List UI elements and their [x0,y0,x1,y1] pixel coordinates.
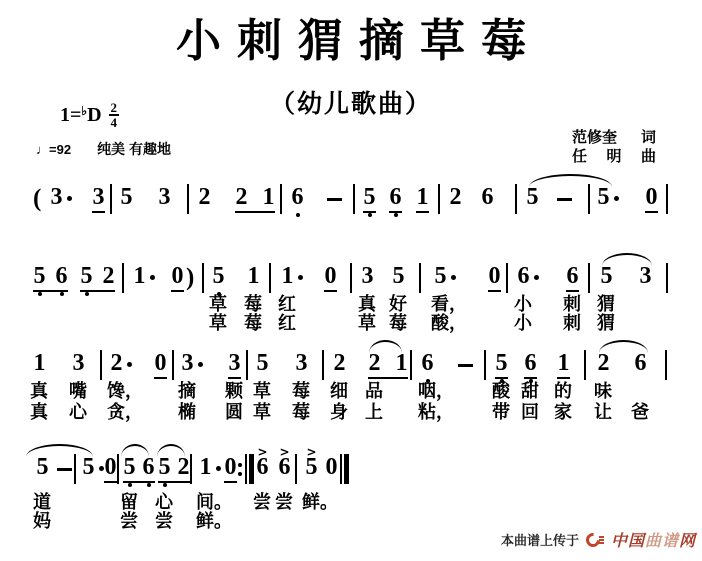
lyric-verse-2: 草 [253,403,271,421]
lyric-verse-2: 莓 [389,314,407,332]
lyric-verse-1: 真 [358,295,376,313]
rest-note: 0 [154,352,167,379]
note-digit: 2 [333,352,346,374]
rest-note: 0 [488,265,501,292]
augmentation-dot [198,362,203,367]
lyric-verse-2: 椭 [178,403,196,421]
lyric-verse-2: 家 [554,403,572,421]
barline [202,263,204,293]
barline [666,263,668,293]
barline [110,184,112,214]
barline [295,454,297,484]
note: 6 [389,186,402,213]
note: 2 [449,186,462,209]
note: 5 [526,186,539,209]
site-logo-icon [586,532,604,548]
time-signature: 2 4 [109,101,120,129]
note: 6爸 [634,352,647,375]
augmentation-dot [127,362,132,367]
note-digit: 3 [158,186,171,208]
lyric-verse-2: 身 [330,403,348,421]
note-digit: 2 [597,352,610,374]
note-digit-accent: 6 [278,456,291,478]
note-digit: 5 [120,186,133,208]
barline [588,263,590,293]
note-digit: 2 [198,186,211,208]
note-digit: 5 [600,265,613,287]
note-digit: 0 [325,456,338,478]
lyric-verse-2: 带 [492,403,510,421]
note-digit: 5 [80,265,93,287]
note-digit: 6 [481,186,494,208]
note: 3 [92,186,105,213]
key-signature: 1=♭D 2 4 [60,101,119,129]
note-digit: 0 [171,265,184,287]
note-digit: 1 [262,186,275,208]
upload-note: 本曲谱上传于 [501,530,579,549]
lyric-verse-1: 莓 [244,295,262,313]
note: 52心尝 [158,456,190,483]
note-digit: 3 [295,352,308,374]
augmentation-dot [298,275,303,280]
note-digit: 1 [133,265,146,287]
note-digit: 5 [212,265,225,287]
augmentation-dot [67,196,72,201]
sheet-music-page: 小刺猬摘草莓 （幼儿歌曲） 1=♭D 2 4 ♩=92 纯美 有趣地 范修奎 词… [0,0,702,561]
note-digit-accent: 6 [256,456,269,478]
note-digit: 5 [392,265,405,287]
barline [588,184,590,214]
note: 1的家 [557,352,570,379]
note: 3真草 [361,265,374,288]
note: 5草草 [256,352,269,375]
note-digit: 6 [291,186,304,208]
expression-text: 纯美 有趣地 [97,139,171,159]
lyric-verse-1: 酸 [492,382,510,400]
note: 3嘴心 [72,352,85,375]
note-digit-accent: 5 [305,456,318,478]
note: 5 [120,186,133,209]
note: 6尝 [256,456,269,479]
lyric-verse-1: 馋， [107,382,143,400]
note-digit: 3 [181,352,194,374]
barline [515,184,517,214]
note: 6咽，粘， [421,352,434,375]
lyric-verse-2: 真 [30,403,48,421]
note: 2细身 [333,352,346,375]
lyric-verse-2: 心 [69,403,87,421]
note-digit: 3 [92,186,105,208]
lyric-verse-1: 道 [33,493,51,511]
parenthesis: ) [186,265,194,291]
tempo-line: ♩=92 纯美 有趣地 [36,139,171,159]
lyric-verse-2: 贪， [107,403,143,421]
lyric-verse-1: 刺 [563,295,581,313]
lyric-verse-1: 嘴 [69,382,87,400]
lyric-verse-1: 莓 [292,382,310,400]
dash-extension [57,456,72,471]
key-tonality: 1=♭D [60,104,102,127]
barline [666,184,668,214]
lyric-verse-2: 莓 [292,403,310,421]
lyric-verse-2: 圆 [225,403,243,421]
rest-note: 0 [171,265,184,292]
barline [117,454,119,484]
note-digit: 2 [102,265,115,287]
note: 6 [481,186,494,209]
dash-extension [557,186,572,201]
lyric-verse-1: 留 [120,493,138,511]
barline [246,350,248,380]
note-digit: 0 [488,265,501,287]
lyric-verse-2: 草 [358,314,376,332]
note: 21品上 [368,352,408,379]
repeat-end-barline [238,454,254,484]
dash-extension [458,352,473,367]
note: 2味让 [597,352,610,375]
note-digit: 6 [634,352,647,374]
lyric-verse-1: 尝 [275,493,293,511]
note: 1间。鲜。 [199,456,221,479]
note-digit: 6 [524,352,537,374]
parenthesis: ( [33,186,41,212]
note: 3摘椭 [181,352,203,375]
barline [350,263,352,293]
augmentation-dot [534,275,539,280]
note: 5 [597,186,619,209]
barline [438,184,440,214]
note: 3莓莓 [295,352,308,375]
note: 56留尝 [123,456,155,483]
lyric-verse-1: 咽， [418,382,454,400]
rest-note: 0 [104,456,117,483]
note-digit: 5 [526,186,539,208]
lyric-verse-1: 草 [209,295,227,313]
note: 1红红 [281,265,303,288]
note-digit: 1 [416,186,429,208]
barline [419,263,421,293]
note-digit: 1 [33,352,46,374]
lyric-verse-2: 上 [365,403,383,421]
note-digit: 3 [50,186,63,208]
note-digit: 3 [228,352,241,374]
augmentation-dot [150,275,155,280]
barline [506,263,508,293]
note-digit: 5 [33,265,46,287]
lyric-verse-1: 甜 [521,382,539,400]
note: 1真真 [33,352,46,375]
note-digit: 5 [434,265,447,287]
lyric-verse-2: 酸， [431,314,467,332]
note-digit: 5 [82,456,95,478]
note: 3 [158,186,171,209]
barline [410,350,412,380]
lyric-verse-1: 细 [330,382,348,400]
note: 1莓莓 [247,265,260,288]
lyric-verse-2: 莓 [244,314,262,332]
note-digit: 0 [104,456,117,478]
note-digit: 6 [389,186,402,208]
lyric-verse-1: 品 [365,382,383,400]
note: 3 [639,265,652,288]
lyric-verse-2: 粘， [418,403,454,421]
note: 5好莓 [392,265,405,288]
note: 1 [133,265,155,288]
lyric-verse-1: 间。 [196,493,232,511]
barline [100,350,102,380]
rest-note: 0 [325,456,338,479]
note: 52 [80,265,115,292]
note-digit: 6 [517,265,530,287]
dash-extension [327,186,342,201]
note-digit: 1 [281,265,294,287]
note: 5鲜。 [305,456,318,479]
rest-note: 0 [324,265,337,292]
note: 5 [82,456,104,479]
note-digit: 5 [158,456,171,478]
note-digit: 0 [324,265,337,287]
barline [74,454,76,484]
note-digit: 3 [72,352,85,374]
note: 5道妈 [36,456,49,479]
lyric-verse-2: 让 [594,403,612,421]
lyric-verse-1: 小 [514,295,532,313]
note: 5草草 [212,265,225,288]
note: 6甜回 [524,352,537,379]
final-barline [340,454,349,484]
note-digit: 5 [495,352,508,374]
lyricist-credit: 范修奎 词 [572,126,656,145]
lyric-verse-1: 猬 [597,295,615,313]
note-digit: 2 [235,186,248,208]
lyric-verse-1: 摘 [178,382,196,400]
note: 2馋，贪， [110,352,132,375]
note-digit: 2 [110,352,123,374]
lyric-verse-1: 好 [389,295,407,313]
credits: 范修奎 词 任 明 曲 [572,126,656,164]
note-digit: 1 [199,456,212,478]
lyric-verse-1: 鲜。 [302,493,338,511]
note-digit: 5 [363,186,376,208]
note-digit: 0 [645,186,658,208]
composer-credit: 任 明 曲 [572,145,656,164]
lyric-verse-1: 味 [594,382,612,400]
note: 6小小 [517,265,539,288]
lyric-verse-1: 尝 [253,493,271,511]
note-digit: 5 [36,456,49,478]
note-digit: 1 [557,352,570,374]
lyric-verse-2: 小 [514,314,532,332]
song-title: 小刺猬摘草莓 [0,4,702,69]
note: 3 [50,186,72,209]
lyric-verse-1: 红 [278,295,296,313]
note-digit: 0 [154,352,167,374]
note-digit: 2 [449,186,462,208]
note: 2 [198,186,211,209]
note: 5猬猬 [600,265,613,288]
lyric-verse-2: 红 [278,314,296,332]
note: 5 [363,186,376,213]
note: 21 [235,186,275,213]
augmentation-dot [216,466,221,471]
note: 5看，酸， [434,265,456,288]
note-digit: 6 [566,265,579,287]
note-digit: 1 [247,265,260,287]
note: 56 [33,265,68,292]
note: 6尝 [278,456,291,479]
note-digit: 5 [123,456,136,478]
note-digit: 3 [361,265,374,287]
tempo-marking: ♩=92 [36,142,71,157]
note-digit: 6 [421,352,434,374]
barline [322,350,324,380]
site-brand: 中国曲谱网 [611,528,696,551]
barline [665,350,667,380]
lyric-verse-1: 看， [431,295,467,313]
footer-watermark: 本曲谱上传于 中国曲谱网 [0,528,696,551]
rest-note: 0 [224,456,237,483]
note-digit: 2 [177,456,190,478]
lyric-verse-2: 爸 [631,403,649,421]
note: 3颗圆 [228,352,241,379]
note-digit: 3 [639,265,652,287]
note-digit: 6 [142,456,155,478]
barline [269,263,271,293]
barline [172,350,174,380]
lyric-verse-1: 的 [554,382,572,400]
lyric-verse-2: 猬 [597,314,615,332]
rest-note: 0 [645,186,658,213]
note-digit: 5 [256,352,269,374]
barline [187,184,189,214]
lyric-verse-1: 颗 [225,382,243,400]
barline [484,350,486,380]
note: 6 [291,186,304,209]
barline [190,454,192,484]
barline [280,184,282,214]
note-digit: 6 [55,265,68,287]
lyric-verse-2: 草 [209,314,227,332]
barline [353,184,355,214]
note-digit: 5 [597,186,610,208]
lyric-verse-2: 回 [521,403,539,421]
note: 5酸带 [495,352,508,379]
barline [122,263,124,293]
lyric-verse-1: 心 [155,493,173,511]
note-digit: 2 [368,352,381,374]
note-digit: 1 [395,352,408,374]
note: 1 [416,186,429,213]
lyric-verse-1: 草 [253,382,271,400]
note: 6刺刺 [566,265,579,292]
augmentation-dot [614,196,619,201]
barline [584,350,586,380]
note-digit: 0 [224,456,237,478]
lyric-verse-1: 真 [30,382,48,400]
lyric-verse-2: 刺 [563,314,581,332]
augmentation-dot [451,275,456,280]
